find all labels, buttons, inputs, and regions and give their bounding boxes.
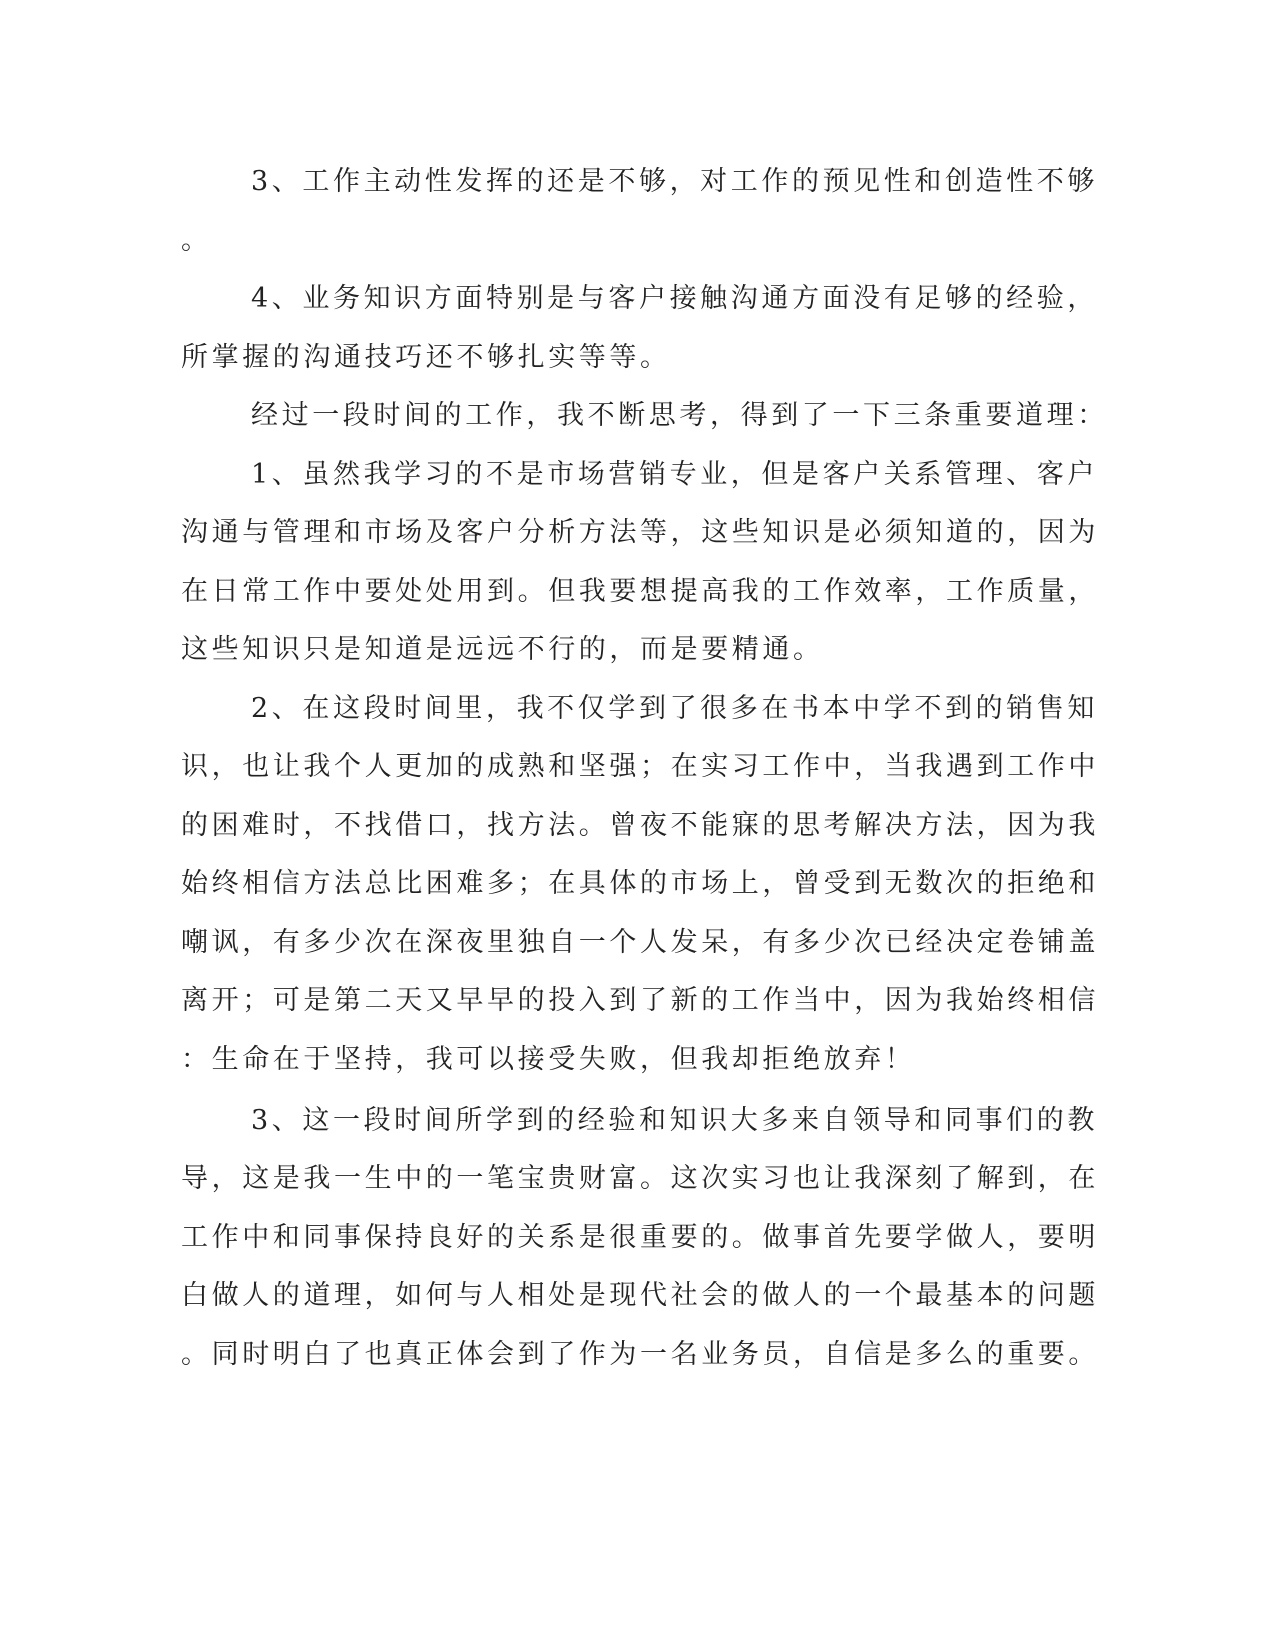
text-line: 离开；可是第二天又早早的投入到了新的工作当中，因为我始终相信 (181, 984, 1061, 1018)
text-line: 。同时明白了也真正体会到了作为一名业务员，自信是多么的重要。 (181, 1338, 1061, 1372)
text-line: 始终相信方法总比困难多；在具体的市场上，曾受到无数次的拒绝和 (181, 867, 1061, 901)
text-line: 1、虽然我学习的不是市场营销专业，但是客户关系管理、客户 (251, 458, 1131, 492)
text-line: 的困难时，不找借口，找方法。曾夜不能寐的思考解决方法，因为我 (181, 809, 1061, 843)
text-line: ：生命在于坚持，我可以接受失败，但我却拒绝放弃！ (181, 1043, 1061, 1077)
text-line: 经过一段时间的工作，我不断思考，得到了一下三条重要道理： (251, 399, 1131, 433)
text-line: 3、工作主动性发挥的还是不够，对工作的预见性和创造性不够 (251, 165, 1131, 199)
text-line: 在日常工作中要处处用到。但我要想提高我的工作效率，工作质量， (181, 575, 1061, 609)
text-line: 。 (181, 224, 1061, 258)
text-line: 2、在这段时间里，我不仅学到了很多在书本中学不到的销售知 (251, 692, 1131, 726)
text-line: 沟通与管理和市场及客户分析方法等，这些知识是必须知道的，因为 (181, 516, 1061, 550)
text-line: 导，这是我一生中的一笔宝贵财富。这次实习也让我深刻了解到，在 (181, 1162, 1061, 1196)
text-line: 嘲讽，有多少次在深夜里独自一个人发呆，有多少次已经决定卷铺盖 (181, 926, 1061, 960)
document-page: 3、工作主动性发挥的还是不够，对工作的预见性和创造性不够 。 4、业务知识方面特… (0, 0, 1275, 1650)
text-line: 识，也让我个人更加的成熟和坚强；在实习工作中，当我遇到工作中 (181, 750, 1061, 784)
text-line: 所掌握的沟通技巧还不够扎实等等。 (181, 341, 1061, 375)
text-line: 白做人的道理，如何与人相处是现代社会的做人的一个最基本的问题 (181, 1279, 1061, 1313)
text-line: 4、业务知识方面特别是与客户接触沟通方面没有足够的经验， (251, 282, 1131, 316)
text-line: 工作中和同事保持良好的关系是很重要的。做事首先要学做人，要明 (181, 1221, 1061, 1255)
text-line: 这些知识只是知道是远远不行的，而是要精通。 (181, 633, 1061, 667)
text-line: 3、这一段时间所学到的经验和知识大多来自领导和同事们的教 (251, 1104, 1131, 1138)
